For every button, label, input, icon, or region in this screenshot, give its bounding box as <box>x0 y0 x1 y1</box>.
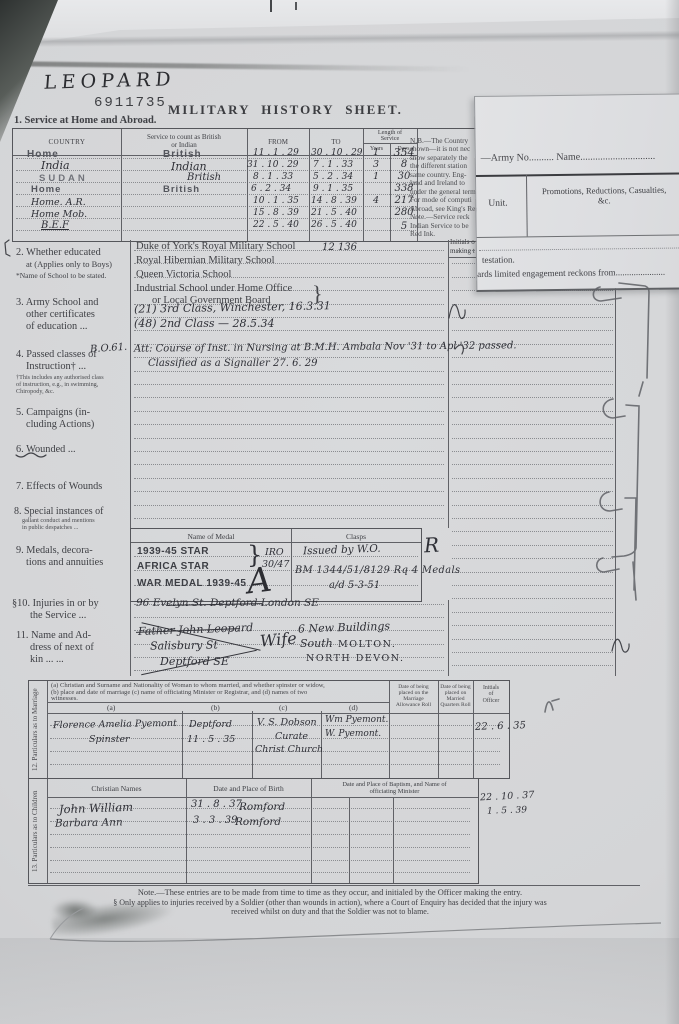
bottom-shading <box>0 938 679 1024</box>
table-rule <box>47 713 509 714</box>
cell-to: 26 . 5 . 40 <box>311 220 357 230</box>
dotted-rule <box>134 518 444 519</box>
s4-label: 4. Passed classes of <box>16 349 97 360</box>
s6-label: 6. Wounded ... <box>16 444 76 455</box>
clasp-entry1: Issued by W.O. <box>303 543 381 558</box>
cell-to: 5 . 2 . 34 <box>313 172 353 182</box>
marriage-c3: Christ Church <box>255 744 323 755</box>
marriage-officer-date: 22 . 6 . 35 <box>475 720 526 733</box>
kin-address2a: South <box>300 637 333 650</box>
table-rule <box>311 779 312 883</box>
table-rule <box>393 797 394 883</box>
big-letter-a: A <box>245 560 274 603</box>
dotted-rule <box>452 424 613 425</box>
dotted-rule <box>452 491 613 492</box>
children-table: 13. Particulars as to Children Christian… <box>28 778 479 884</box>
marriage-col-c: (c) <box>279 703 287 712</box>
s3-entry2: (48) 2nd Class — 28.5.34 <box>134 317 274 330</box>
dotted-rule <box>452 639 613 640</box>
wife-note: Wife <box>259 628 297 650</box>
col-married-quarters: Date of being placed on Married Quarters… <box>438 684 473 708</box>
dotted-rule <box>134 384 444 385</box>
dotted-rule <box>134 491 444 492</box>
surname-handwritten: LEOPARD <box>43 68 176 93</box>
cell-country: Home. A.R. <box>31 197 86 208</box>
col-country: Country <box>13 138 121 146</box>
s8-footnote: gallant conduct and mentions in public d… <box>22 517 95 531</box>
s5-label: 5. Campaigns (in- <box>16 407 90 418</box>
initials-col-fragment: Initials o <box>450 238 475 246</box>
col-date-place-birth: Date and Place of Birth <box>186 784 311 793</box>
table-rule <box>247 129 248 241</box>
slip-engagement-fragment: ards limited engagement reckons from....… <box>477 267 665 279</box>
clasp-entry3: a/d 5-3-51 <box>329 580 380 591</box>
marriage-col-a: (a) <box>107 703 115 712</box>
s3-label2: other certificates <box>26 309 95 320</box>
col-clasps: Clasps <box>291 532 421 541</box>
marriage-col-b: (b) <box>211 703 220 712</box>
cell-from: 11 . 1 . 29 <box>253 148 299 158</box>
cell-to: 21 . 5 . 40 <box>311 208 357 218</box>
child-row-name: Barbara Ann <box>55 816 123 829</box>
marriage-b2: 11 . 5 . 35 <box>187 734 235 745</box>
cell-service: British <box>163 149 202 160</box>
cell-years: 3 <box>365 159 387 170</box>
margin-letter-r: R <box>423 533 439 558</box>
cell-from: 10 . 1 . 35 <box>253 196 299 206</box>
table-rule <box>349 797 350 883</box>
marriage-table: 12. Particulars as to Marriage (a) Chris… <box>28 680 510 779</box>
scanned-military-history-sheet: LEOPARD 6911735 MILITARY HISTORY SHEET. … <box>0 0 679 1024</box>
s5-label2: cluding Actions) <box>26 419 94 430</box>
dotted-rule <box>134 371 444 372</box>
dotted-rule <box>452 330 613 331</box>
cell-to: 9 . 1 . 35 <box>313 184 353 194</box>
table-rule <box>47 797 478 798</box>
table-rule <box>363 143 417 144</box>
dotted-rule <box>452 464 613 465</box>
dotted-rule <box>134 464 444 465</box>
s10-label: §10. Injuries in or by <box>12 598 99 609</box>
col-to: To <box>309 138 363 146</box>
dotted-rule <box>134 330 444 331</box>
child-row-birth-date: 3 . 3 . 39 <box>193 815 238 826</box>
s3-label: 3. Army School and <box>16 297 98 308</box>
dotted-rule <box>452 397 613 398</box>
child-row-name: John William <box>59 800 134 817</box>
child-row-birth-place: Romford <box>239 801 285 813</box>
s9-label: 9. Medals, decora- <box>16 545 93 556</box>
form-title: MILITARY HISTORY SHEET. <box>168 102 403 118</box>
body-rule-mid <box>448 240 449 528</box>
footer-note1: Note.—These entries are to be made from … <box>30 888 630 897</box>
s2-school2: Royal Hibernian Military School <box>136 255 275 266</box>
s2-value-handwritten: 12 136 <box>322 242 357 253</box>
dotted-rule <box>452 478 613 479</box>
cell-from: 22 . 5 . 40 <box>253 220 299 230</box>
s7-label: 7. Effects of Wounds <box>16 481 102 492</box>
s9-label2: tions and annuities <box>26 557 103 568</box>
slip-heavy-rule <box>476 172 679 177</box>
col-name-of-medal: Name of Medal <box>131 532 291 541</box>
dotted-rule <box>452 545 613 546</box>
col-christian-names: Christian Names <box>47 784 186 793</box>
marriage-side-label: 12. Particulars as to Marriage <box>31 683 45 776</box>
s2-school3: Queen Victoria School <box>136 269 231 280</box>
cell-country: India <box>41 159 70 172</box>
dotted-rule <box>452 585 613 586</box>
service-number-stamp: 6911735 <box>94 95 167 111</box>
col-service: Service to count as British or Indian <box>121 133 247 149</box>
table-rule <box>186 779 187 883</box>
dotted-rule <box>134 505 444 506</box>
cell-country: B.E.F <box>41 220 69 231</box>
dotted-rule <box>452 558 613 559</box>
s3-label3: of education ... <box>26 321 87 332</box>
footer-rule <box>28 885 640 886</box>
marriage-a1: Florence Amelia Pyemont <box>53 718 177 731</box>
dotted-rule <box>134 670 444 671</box>
dotted-rule <box>452 598 613 599</box>
section1-label: 1. Service at Home and Abroad. <box>14 115 156 126</box>
marriage-a2: Spinster <box>89 734 130 745</box>
dotted-rule <box>134 424 444 425</box>
slip-army-no-name-line: —Army No.......... Name.................… <box>481 151 656 164</box>
col-marriage-allowance: Date of being placed on the Marriage All… <box>389 684 438 708</box>
table-rule <box>473 681 474 778</box>
cell-from: 6 . 2 . 34 <box>251 184 291 194</box>
marriage-header: (a) Christian and Surname and Nationalit… <box>51 683 387 703</box>
dotted-rule <box>452 411 613 412</box>
dotted-rule <box>452 451 613 452</box>
children-side-label: 13. Particulars as to Children <box>31 781 45 881</box>
table-rule <box>47 779 48 883</box>
slip-rule <box>477 234 679 238</box>
table-rule <box>121 129 122 241</box>
col-from: From <box>247 138 309 146</box>
slip-dotted-rule <box>479 247 679 250</box>
s11-label: 11. Name and Ad- <box>16 630 91 641</box>
dotted-rule <box>452 357 613 358</box>
s2-label3: *Name of School to be stated. <box>16 271 106 280</box>
slip-attestation-fragment: testation. <box>482 255 515 265</box>
cell-years: 1 <box>365 171 387 182</box>
dotted-rule <box>452 652 613 653</box>
table-rule <box>182 711 183 778</box>
slip-unit-label: Unit. <box>488 199 507 209</box>
col-initials-of-officer: Initials of Officer <box>473 685 509 704</box>
marriage-col-d: (d) <box>349 703 358 712</box>
dotted-rule <box>452 531 613 532</box>
scan-mark <box>295 2 297 10</box>
dotted-rule <box>452 518 613 519</box>
marriage-d2: W. Pyemont. <box>325 729 381 739</box>
dotted-rule <box>134 438 444 439</box>
s11-label3: kin ... ... <box>30 654 64 665</box>
slip-promotions-label: Promotions, Reductions, Casualties, &c. <box>528 184 679 206</box>
medal-3: WAR MEDAL 1939-45 <box>137 578 246 589</box>
s2-label2: at (Applies only to Boys) <box>26 259 112 269</box>
child-row-birth-date: 31 . 8 . 37 <box>191 799 242 810</box>
col-length: Length of Service <box>363 130 417 143</box>
medal-2: AFRICA STAR <box>137 561 209 572</box>
dotted-rule <box>134 397 444 398</box>
overlay-slip: —Army No.......... Name.................… <box>474 93 679 292</box>
next-of-kin-struck2: Salisbury St <box>150 638 218 652</box>
marriage-b1: Deptford <box>189 719 232 730</box>
s11-label2: dress of next of <box>30 642 94 653</box>
table-rule <box>252 711 253 778</box>
initials-col-fragment: making t <box>450 247 475 255</box>
cell-years: 4 <box>365 195 387 206</box>
dotted-rule <box>452 665 613 666</box>
s2-school4: Industrial School under Home Office <box>136 283 292 294</box>
table-rule <box>47 681 48 778</box>
dotted-rule <box>452 371 613 372</box>
s4-entry2: Classified as a Signaller 27. 6. 29 <box>148 358 318 369</box>
children-margin-date2: 1 . 5 . 39 <box>487 805 527 816</box>
table-rule <box>47 702 389 703</box>
cell-to: 14 . 8 . 39 <box>311 196 357 206</box>
cell-service: British <box>163 184 200 195</box>
table-rule <box>309 129 310 241</box>
s4-footnote: †This includes any authorised class of i… <box>16 374 104 395</box>
dotted-rule <box>134 451 444 452</box>
dotted-rule <box>452 612 613 613</box>
footer-note2: § Only applies to injuries received by a… <box>30 898 630 916</box>
child-row-birth-place: Romford <box>235 816 281 828</box>
scan-mark <box>270 0 272 12</box>
kin-address2b: MOLTON. <box>338 639 396 650</box>
cell-country: SUDAN <box>39 173 88 184</box>
col-date-place-baptism: Date and Place of Baptism, and Name of o… <box>311 781 478 795</box>
table-rule <box>438 681 439 778</box>
body-rule-left <box>130 240 131 676</box>
table-rule <box>363 129 364 241</box>
dotted-rule <box>134 411 444 412</box>
dotted-rule <box>452 317 613 318</box>
marriage-d1: Wm Pyemont. <box>325 715 388 725</box>
dotted-rule <box>452 438 613 439</box>
dotted-rule <box>134 617 444 618</box>
table-rule <box>291 529 292 601</box>
table-rule <box>448 257 478 258</box>
dotted-rule <box>452 505 613 506</box>
cell-from: 8 . 1 . 33 <box>253 172 293 182</box>
medal-note-iro: IRO <box>265 547 284 558</box>
s4-label2: Instruction† ... <box>26 361 86 372</box>
s8-label: 8. Special instances of <box>14 506 103 517</box>
cell-years: 1 <box>365 147 387 158</box>
cell-from: 15 . 8 . 39 <box>253 208 299 218</box>
medal-1: 1939-45 STAR <box>137 546 209 557</box>
cell-from: 31 . 10 . 29 <box>247 160 299 170</box>
cell-to: 30 . 10 . 29 <box>311 148 363 158</box>
dotted-rule <box>452 625 613 626</box>
s10-label2: the Service ... <box>30 610 86 621</box>
table-rule <box>389 681 390 778</box>
marriage-c2: Curate <box>275 731 308 742</box>
medal-table: Name of Medal Clasps 1939-45 STAR AFRICA… <box>130 528 422 602</box>
dotted-rule <box>452 304 613 305</box>
dotted-rule <box>452 572 613 573</box>
dotted-rule <box>452 384 613 385</box>
body-rule-mid <box>448 600 449 676</box>
cell-service: British <box>187 172 221 183</box>
s2-school1: Duke of York's Royal Military School <box>136 241 295 252</box>
clasp-entry2: BM 1344/51/8129 Rq 4 Medals <box>295 565 460 576</box>
body-rule-right <box>615 240 616 676</box>
s2-label: 2. Whether educated <box>16 247 101 258</box>
dotted-rule <box>134 478 444 479</box>
kin-address3: NORTH DEVON. <box>306 653 405 664</box>
marriage-c1: V. S. Dobson <box>257 717 317 728</box>
cell-country: Home Mob. <box>31 209 87 220</box>
cell-to: 7 . 1 . 33 <box>313 160 353 170</box>
cell-country: Home <box>31 184 61 195</box>
